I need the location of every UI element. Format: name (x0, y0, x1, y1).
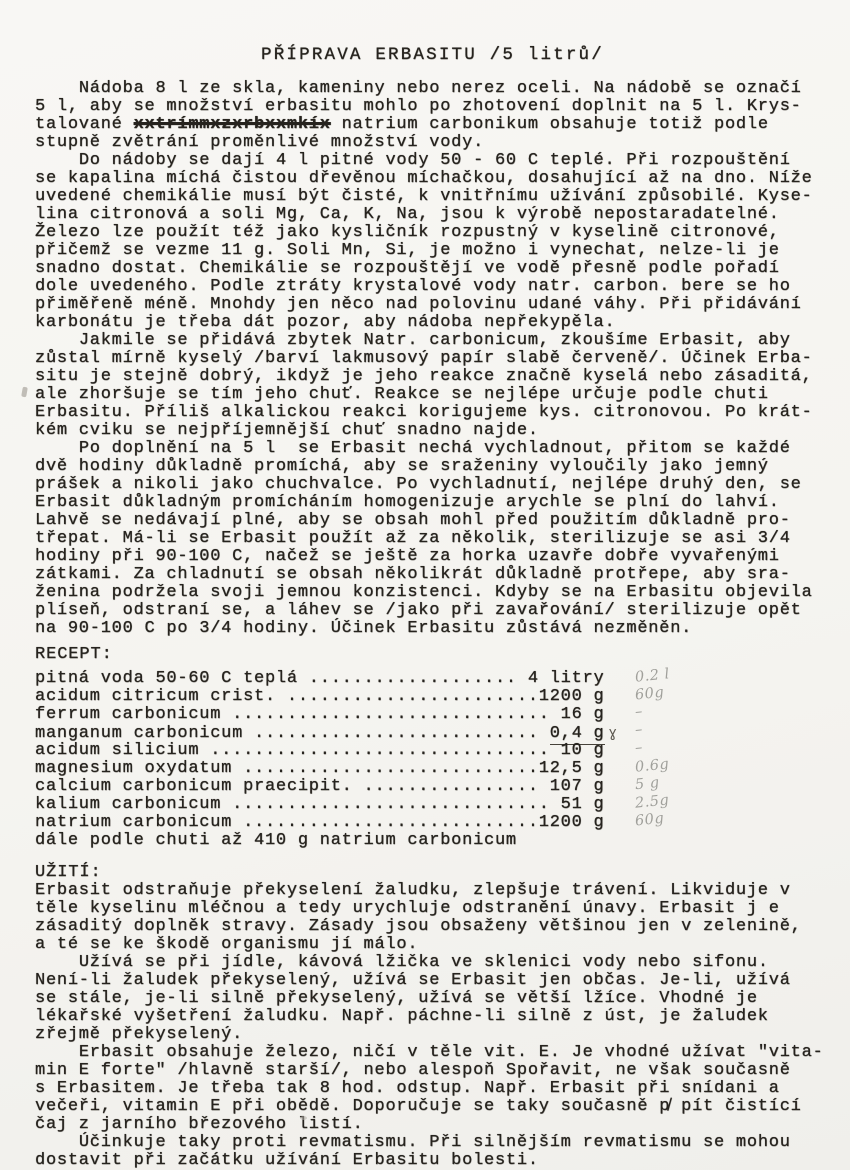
recipe-line: kalium carbonicum ......................… (35, 795, 605, 814)
recipe-line: magnesium oxydatum .....................… (35, 759, 605, 778)
recipe-row-magnesium: magnesium oxydatum .....................… (35, 760, 830, 778)
acidity-test-paragraph: Jakmile se přidává zbytek Natr. carbonic… (35, 332, 830, 440)
recipe-row-ferrum: ferrum carbonicum ......................… (35, 706, 830, 724)
recipe-row-kalium: kalium carbonicum ......................… (35, 796, 830, 814)
recipe-line: natrium carbonicum .....................… (35, 813, 605, 832)
handwritten-note: 0.2 l (634, 665, 671, 687)
recipe-row-natrium: natrium carbonicum .....................… (35, 814, 830, 832)
handwritten-note: 5 g (634, 774, 660, 794)
handwritten-note: 60g (634, 810, 665, 831)
recipe-line: ferrum carbonicum ......................… (35, 705, 605, 724)
recipe-row-water: pitná voda 50-60 C teplá ...............… (35, 670, 830, 688)
typewriter-struck-text: xxtrímmxzxrbxxmkíx (134, 115, 331, 134)
handwritten-check-mark: ɣ (605, 725, 618, 741)
recipe-row-silicium: acidum silicium ........................… (35, 742, 830, 760)
scanned-document-page: PŘÍPRAVA ERBASITU /5 litrů/ Nádoba 8 l z… (0, 0, 850, 1170)
ink-speck-left-margin (21, 387, 28, 398)
handwritten-note: 2.5g (634, 791, 670, 812)
recipe-section: RECEPT: pitná voda 50-60 C teplá .......… (35, 646, 830, 850)
recipe-line: acidum silicium ........................… (35, 741, 605, 760)
intro-paragraph: Nádoba 8 l ze skla, kameniny nebo nerez … (35, 80, 830, 152)
ink-speck-bottom (300, 1116, 307, 1120)
usage-benefits-paragraph: Erbasit odstraňuje překyselení žaludku, … (35, 882, 830, 954)
recipe-row-manganum: manganum carbonicum ....................… (35, 724, 830, 742)
handwritten-note: – (634, 703, 644, 722)
dissolving-paragraph: Do nádoby se dají 4 l pitné vody 50 - 60… (35, 152, 830, 332)
recipe-line: acidum citricum crist. .................… (35, 687, 605, 706)
recipe-heading: RECEPT: (35, 646, 830, 664)
usage-dosage-paragraph: Užívá se při jídle, kávová lžička ve skl… (35, 954, 830, 1044)
recipe-line: pitná voda 50-60 C teplá ...............… (35, 669, 605, 688)
recipe-line: calcium carbonicum praecipit. ..........… (35, 777, 605, 796)
recipe-row-citric-acid: acidum citricum crist. .................… (35, 688, 830, 706)
usage-vitamin-paragraph: Erbasit obsahuje železo, ničí v těle vit… (35, 1044, 830, 1134)
recipe-row-calcium: calcium carbonicum praecipit. ..........… (35, 778, 830, 796)
document-title: PŘÍPRAVA ERBASITU /5 litrů/ (35, 46, 830, 64)
handwritten-note: 60g (634, 684, 665, 705)
cooling-bottling-paragraph: Po doplnění na 5 l se Erbasit nechá vych… (35, 440, 830, 638)
recipe-footer-note: dále podle chuti až 410 g natrium carbon… (35, 832, 830, 850)
usage-rheumatism-paragraph: Účinkuje taky proti revmatismu. Při siln… (35, 1134, 830, 1170)
usage-heading: UŽITÍ: (35, 864, 830, 882)
handwritten-note: – (634, 739, 644, 758)
usage-section: UŽITÍ: Erbasit odstraňuje překyselení ža… (35, 864, 830, 1170)
handwritten-note: – (634, 721, 644, 740)
